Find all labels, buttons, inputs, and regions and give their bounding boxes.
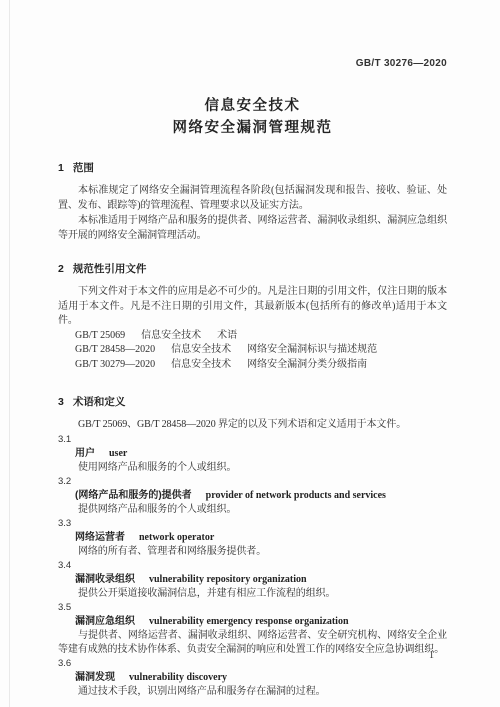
term-name-zh: 漏洞收录组织 [75,574,135,585]
reference-item: GB/T 25069信息安全技术术语 [75,329,447,344]
clause1-paragraph2: 本标准适用于网络产品和服务的提供者、网络运营者、漏洞收录组织、漏洞应急组织等开展… [58,214,447,243]
page-number: 1 [429,649,434,663]
clause1-title: 范围 [73,162,94,174]
reference-name: 网络安全漏洞分类分级指南 [247,359,367,370]
reference-category: 信息安全技术 [141,330,201,341]
term-3-5: 3.5 漏洞应急组织vulnerability emergency respon… [58,601,447,657]
clause1-number: 1 [58,161,64,175]
scan-edge-line [9,0,10,707]
term-definition: 提供网络产品和服务的个人或组织。 [58,503,447,517]
reference-name: 网络安全漏洞标识与描述规范 [247,344,377,355]
term-name-zh: 漏洞发现 [75,672,115,683]
term-name-en: vulnerability repository organization [149,574,307,585]
term-number: 3.6 [58,657,447,671]
term-name-en: network operator [139,532,214,543]
reference-code: GB/T 25069 [75,330,125,341]
term-3-2: 3.2 (网络产品和服务的)提供者provider of network pro… [58,475,447,517]
reference-item: GB/T 28458—2020信息安全技术网络安全漏洞标识与描述规范 [75,343,447,358]
clause3-intro-paragraph: GB/T 25069、GB/T 28458—2020 界定的以及下列术语和定义适… [58,418,447,433]
term-definition: 与提供者、网络运营者、漏洞收录组织、网络运营者、安全研究机构、网络安全企业等建有… [58,629,447,657]
document-title-line2: 网络安全漏洞管理规范 [58,117,447,139]
clause2-number: 2 [58,262,64,276]
reference-code: GB/T 28458—2020 [75,344,155,355]
term-number: 3.2 [58,475,447,489]
document-title: 信息安全技术 网络安全漏洞管理规范 [58,95,447,139]
term-name-zh: (网络产品和服务的)提供者 [75,490,192,501]
term-definition: 通过技术手段，识别出网络产品和服务存在漏洞的过程。 [58,685,447,699]
term-number: 3.1 [58,433,447,447]
standard-code-header: GB/T 30276—2020 [58,0,447,71]
terms-and-definitions-list: 3.1 用户user 使用网络产品和服务的个人或组织。 3.2 (网络产品和服务… [58,433,447,699]
clause2-heading: 2规范性引用文件 [58,262,447,276]
term-name-en: provider of network products and service… [206,490,386,501]
term-name-zh: 漏洞应急组织 [75,616,135,627]
term-number: 3.3 [58,517,447,531]
term-name-zh: 用户 [75,448,95,459]
reference-category: 信息安全技术 [171,344,231,355]
term-name: 漏洞发现vulnerability discovery [75,671,447,685]
standard-document-page: GB/T 30276—2020 信息安全技术 网络安全漏洞管理规范 1范围 本标… [0,0,500,707]
clause1-paragraph1: 本标准规定了网络安全漏洞管理流程各阶段(包括漏洞发现和报告、接收、验证、处置、发… [58,184,447,213]
term-definition: 网络的所有者、管理者和网络服务提供者。 [58,545,447,559]
term-3-6: 3.6 漏洞发现vulnerability discovery 通过技术手段，识… [58,657,447,699]
clause3-number: 3 [58,395,64,409]
clause1-heading: 1范围 [58,161,447,175]
term-name: 漏洞收录组织vulnerability repository organizat… [75,573,447,587]
clause3-heading: 3术语和定义 [58,395,447,409]
term-number: 3.5 [58,601,447,615]
clause2-intro-paragraph: 下列文件对于本文件的应用是必不可少的。凡是注日期的引用文件，仅注日期的版本适用于… [58,285,447,329]
clause2-title: 规范性引用文件 [73,263,147,275]
term-name-en: vulnerability emergency response organiz… [149,616,349,627]
term-name: (网络产品和服务的)提供者provider of network product… [75,489,447,503]
term-number: 3.4 [58,559,447,573]
term-3-4: 3.4 漏洞收录组织vulnerability repository organ… [58,559,447,601]
term-name-en: vulnerability discovery [129,672,227,683]
normative-reference-list: GB/T 25069信息安全技术术语 GB/T 28458—2020信息安全技术… [58,329,447,373]
term-name-en: user [109,448,127,459]
term-name: 用户user [75,447,447,461]
term-name: 网络运营者network operator [75,531,447,545]
term-definition: 提供公开渠道接收漏洞信息，并建有相应工作流程的组织。 [58,587,447,601]
reference-category: 信息安全技术 [171,359,231,370]
term-3-3: 3.3 网络运营者network operator 网络的所有者、管理者和网络服… [58,517,447,559]
term-name-zh: 网络运营者 [75,532,125,543]
clause3-title: 术语和定义 [73,396,126,408]
term-3-1: 3.1 用户user 使用网络产品和服务的个人或组织。 [58,433,447,475]
term-name: 漏洞应急组织vulnerability emergency response o… [75,615,447,629]
reference-name: 术语 [217,330,237,341]
term-definition: 使用网络产品和服务的个人或组织。 [58,461,447,475]
reference-item: GB/T 30279—2020信息安全技术网络安全漏洞分类分级指南 [75,358,447,373]
document-title-line1: 信息安全技术 [58,95,447,117]
reference-code: GB/T 30279—2020 [75,359,155,370]
